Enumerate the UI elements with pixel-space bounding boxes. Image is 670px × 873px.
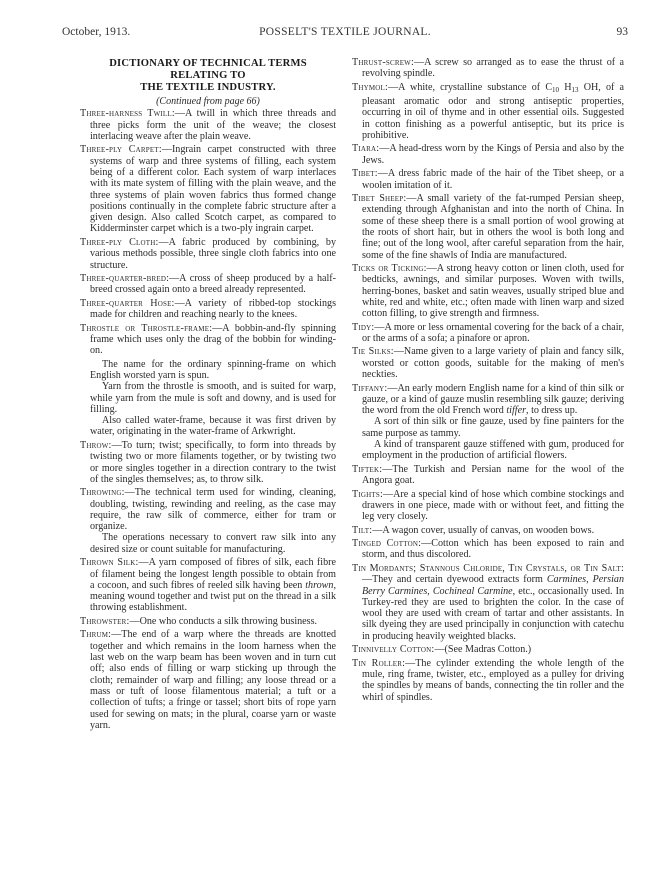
entry-definition: —(See Madras Cotton.) — [434, 644, 531, 655]
journal-title: POSSELT'S TEXTILE JOURNAL. — [60, 26, 630, 38]
entry-definition: —A dress fabric made of the hair of the … — [362, 168, 624, 190]
dictionary-entry: Tinnivelly Cotton:—(See Madras Cotton.) — [352, 644, 624, 655]
dictionary-entry: Three-ply Carpet:—Ingrain carpet constru… — [80, 144, 336, 234]
dictionary-entry: Thrown Silk:—A yarn composed of fibres o… — [80, 557, 336, 613]
chemical-formula: C10 H13 OH — [545, 82, 598, 93]
entry-term: Tiffany: — [352, 383, 387, 394]
entry-term: Tilt: — [352, 525, 372, 536]
entry-paragraph: Yarn from the throstle is smooth, and is… — [90, 381, 336, 415]
entry-definition: —A white, crystalline substance of — [388, 82, 545, 93]
entry-term: Tibet Sheep: — [352, 193, 406, 204]
dictionary-entry: Tights:—Are a special kind of hose which… — [352, 489, 624, 523]
entry-definition-cont: , to dress up. — [526, 405, 577, 416]
entry-term: Throstle or Throstle-frame: — [80, 323, 212, 334]
article-title-line-1: DICTIONARY OF TECHNICAL TERMS RELATING T… — [80, 58, 336, 82]
dictionary-entry: Tin Roller:—The cylinder extending the w… — [352, 658, 624, 703]
entry-term: Thymol: — [352, 82, 388, 93]
dictionary-entry: Ticks or Ticking:—A strong heavy cotton … — [352, 263, 624, 319]
dictionary-entry: Three-quarter-bred:—A cross of sheep pro… — [80, 273, 336, 296]
entry-definition: —To turn; twist; specifically, to form i… — [90, 440, 336, 485]
dictionary-entry: Tiffany:—An early modern English name fo… — [352, 383, 624, 417]
dictionary-entry: Tidy:—A more or less ornamental covering… — [352, 322, 624, 345]
entry-definition: —The end of a warp where the threads are… — [90, 629, 336, 730]
entry-term: Tidy: — [352, 322, 374, 333]
continued-note: (Continued from page 66) — [80, 96, 336, 107]
entry-term: Thrown Silk: — [80, 557, 139, 568]
dictionary-entry: Three-harness Twill:—A twill in which th… — [80, 108, 336, 142]
entry-paragraph: The name for the ordinary spinning-frame… — [90, 359, 336, 382]
entry-term: Ticks or Ticking: — [352, 263, 427, 274]
entry-definition: —Ingrain carpet constructed with three s… — [90, 144, 336, 234]
entry-definition: —A more or less ornamental covering for … — [362, 322, 624, 344]
page-number: 93 — [617, 26, 629, 38]
dictionary-entry: Thymol:—A white, crystalline substance o… — [352, 82, 624, 141]
entry-term: Throw: — [80, 440, 112, 451]
entry-term: Thrust-screw: — [352, 57, 414, 68]
entry-term: Three-ply Cloth: — [80, 237, 158, 248]
dictionary-entry: Tilt:—A wagon cover, usually of canvas, … — [352, 525, 624, 536]
entry-term: Three-quarter-bred: — [80, 273, 169, 284]
dictionary-entry: Tiftek:—The Turkish and Persian name for… — [352, 464, 624, 487]
dictionary-entry: Tin Mordants; Stannous Chloride, Tin Cry… — [352, 563, 624, 642]
entry-paragraph: A kind of transparent gauze stiffened wi… — [362, 439, 624, 462]
dictionary-entry: Throw:—To turn; twist; specifically, to … — [80, 440, 336, 485]
entry-term: Tibet: — [352, 168, 378, 179]
entry-definition: —A head-dress worn by the Kings of Persi… — [362, 143, 624, 165]
entry-term: Tin Roller: — [352, 658, 405, 669]
entry-definition: —A wagon cover, usually of canvas, on wo… — [372, 525, 594, 536]
entry-term: Tinged Cotton: — [352, 538, 421, 549]
dictionary-entry: Throwster:—One who conducts a silk throw… — [80, 616, 336, 627]
entry-paragraph: Also called water-frame, because it was … — [90, 415, 336, 438]
right-column: Thrust-screw:—A screw so arranged as to … — [352, 57, 624, 705]
entry-definition: —An early modern English name for a kind… — [362, 383, 624, 417]
dictionary-entry: Tibet:—A dress fabric made of the hair o… — [352, 168, 624, 191]
entry-definition: —The Turkish and Persian name for the wo… — [362, 464, 624, 486]
dictionary-entry: Thrum:—The end of a warp where the threa… — [80, 629, 336, 731]
article-title-line-2: THE TEXTILE INDUSTRY. — [80, 82, 336, 94]
entry-paragraph: A sort of thin silk or fine gauze, used … — [362, 416, 624, 439]
article-title: DICTIONARY OF TECHNICAL TERMS RELATING T… — [80, 58, 336, 94]
entry-term: Tinnivelly Cotton: — [352, 644, 434, 655]
dictionary-entry: Tibet Sheep:—A small variety of the fat-… — [352, 193, 624, 261]
entry-definition: —One who conducts a silk throwing busine… — [129, 616, 317, 627]
entry-term: Tiara: — [352, 143, 379, 154]
entry-term: Tie Silks: — [352, 346, 394, 357]
entry-term: Tights: — [352, 489, 383, 500]
entry-term: Tiftek: — [352, 464, 382, 475]
dictionary-entry: Tinged Cotton:—Cotton which has been exp… — [352, 538, 624, 561]
entry-term: Throwing: — [80, 487, 125, 498]
page-header: October, 1913. POSSELT'S TEXTILE JOURNAL… — [60, 26, 630, 42]
dictionary-entry: Throstle or Throstle-frame:—A bobbin-and… — [80, 323, 336, 357]
entry-term: Throwster: — [80, 616, 129, 627]
entry-term: Tin Mordants; Stannous Chloride, Tin Cry… — [352, 563, 624, 574]
entry-term: Three-quarter Hose: — [80, 298, 175, 309]
entry-definition: —Name given to a large variety of plain … — [362, 346, 624, 380]
entry-definition: —Are a special kind of hose which combin… — [362, 489, 624, 523]
dictionary-entry: Three-ply Cloth:—A fabric produced by co… — [80, 237, 336, 271]
entry-paragraph: The operations necessary to convert raw … — [90, 532, 336, 555]
dictionary-entry: Thrust-screw:—A screw so arranged as to … — [352, 57, 624, 80]
entry-term: Three-harness Twill: — [80, 108, 175, 119]
entry-term: Three-ply Carpet: — [80, 144, 162, 155]
entry-italic-word: tiffer — [506, 405, 526, 416]
entry-definition: —The technical term used for winding, cl… — [90, 487, 336, 532]
left-column: DICTIONARY OF TECHNICAL TERMS RELATING T… — [80, 58, 336, 733]
dictionary-entry: Tiara:—A head-dress worn by the Kings of… — [352, 143, 624, 166]
entry-definition: —They and certain dyewood extracts form — [362, 574, 547, 585]
dictionary-entry: Tie Silks:—Name given to a large variety… — [352, 346, 624, 380]
dictionary-entry: Three-quarter Hose:—A variety of ribbed-… — [80, 298, 336, 321]
dictionary-entry: Throwing:—The technical term used for wi… — [80, 487, 336, 532]
entry-term: Thrum: — [80, 629, 111, 640]
entry-italic-word: thrown — [305, 580, 333, 591]
